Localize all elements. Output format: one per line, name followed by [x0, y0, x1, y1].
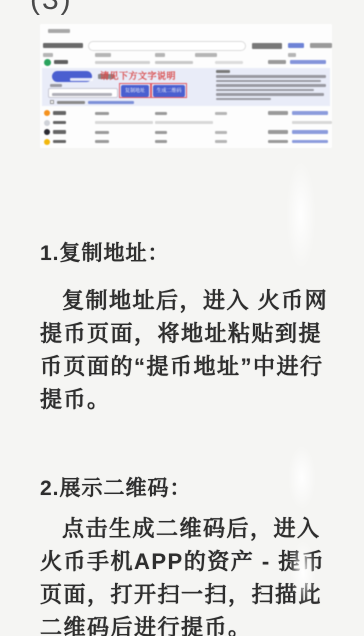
column-header-placeholder [95, 53, 111, 57]
coin-icon [44, 129, 50, 135]
column-header-placeholder [195, 53, 217, 57]
asset-filter-label-placeholder [43, 43, 83, 48]
address-value-placeholder [52, 93, 112, 96]
paragraph-line: 点击生成二维码后，进入 [40, 512, 340, 545]
toolbar-link-placeholder[interactable] [288, 43, 304, 48]
paragraph-line: 火币手机APP的资产 - 提币 [40, 545, 340, 578]
column-header-placeholder [288, 53, 296, 57]
deposit-address-panel: 请见下方文字说明 复制地址 生成二维码 [42, 68, 330, 106]
table-row [40, 129, 332, 138]
paragraph-line: 复制地址后，进入 火币网 [40, 284, 340, 317]
copy-address-button[interactable]: 复制地址 [121, 85, 149, 97]
row-action-links-placeholder[interactable] [292, 121, 332, 125]
paragraph-line: 提币页面，将地址粘贴到提 [40, 317, 340, 350]
tab-label-placeholder [70, 78, 93, 81]
generate-qr-button[interactable]: 生成二维码 [153, 85, 185, 97]
hide-small-assets-label-placeholder [252, 43, 282, 49]
coin-icon [44, 120, 50, 126]
paragraph-line: 币页面的“提币地址”中进行 [40, 350, 340, 383]
exchange-screenshot: 请见下方文字说明 复制地址 生成二维码 [40, 24, 332, 148]
section-2-paragraph: 点击生成二维码后，进入 火币手机APP的资产 - 提币 页面，打开扫一扫，扫描此… [40, 512, 340, 636]
toolbar-text-placeholder [310, 43, 332, 48]
row-action-links-placeholder[interactable] [290, 60, 326, 64]
row-action-links-placeholder[interactable] [292, 130, 328, 134]
checkbox[interactable] [50, 100, 54, 104]
photo-glare-artifact [286, 160, 316, 270]
coin-name-placeholder [54, 60, 68, 64]
paragraph-line: 页面，打开扫一扫，扫描此 [40, 578, 340, 611]
paragraph-line: 提币。 [40, 383, 340, 416]
section-2-heading: 2.展示二维码： [40, 472, 192, 502]
address-label-placeholder [50, 84, 62, 87]
cell-placeholder [268, 60, 286, 64]
column-header-placeholder [155, 53, 165, 57]
row-action-links-placeholder[interactable] [292, 140, 328, 144]
cell-placeholder [215, 61, 243, 64]
figure-label: (3) [30, 0, 73, 17]
photo-glare-artifact [288, 445, 316, 510]
cell-placeholder [95, 61, 150, 64]
deposit-address-tab[interactable] [52, 71, 92, 82]
column-header-placeholder [43, 53, 53, 57]
checkbox-label-placeholder [57, 101, 85, 104]
cell-placeholder [155, 61, 193, 64]
screenshot-title-placeholder [48, 29, 70, 33]
instruction-page: (3) 请见下方文字说明 [0, 0, 364, 636]
coin-icon [44, 139, 50, 145]
table-row [40, 110, 332, 119]
red-annotation: 请见下方文字说明 [100, 71, 176, 82]
inline-link-placeholder[interactable] [88, 101, 134, 104]
table-row [40, 139, 332, 148]
paragraph-line: 二维码后进行提币。 [40, 611, 340, 636]
coin-icon [44, 59, 51, 66]
section-1-heading: 1.复制地址： [40, 237, 170, 267]
section-1-paragraph: 复制地址后，进入 火币网 提币页面，将地址粘贴到提 币页面的“提币地址”中进行 … [40, 284, 340, 416]
coin-icon [44, 110, 50, 116]
table-row [40, 120, 332, 129]
row-action-links-placeholder[interactable] [292, 111, 328, 115]
address-input[interactable] [48, 88, 118, 98]
search-input[interactable] [88, 41, 246, 51]
